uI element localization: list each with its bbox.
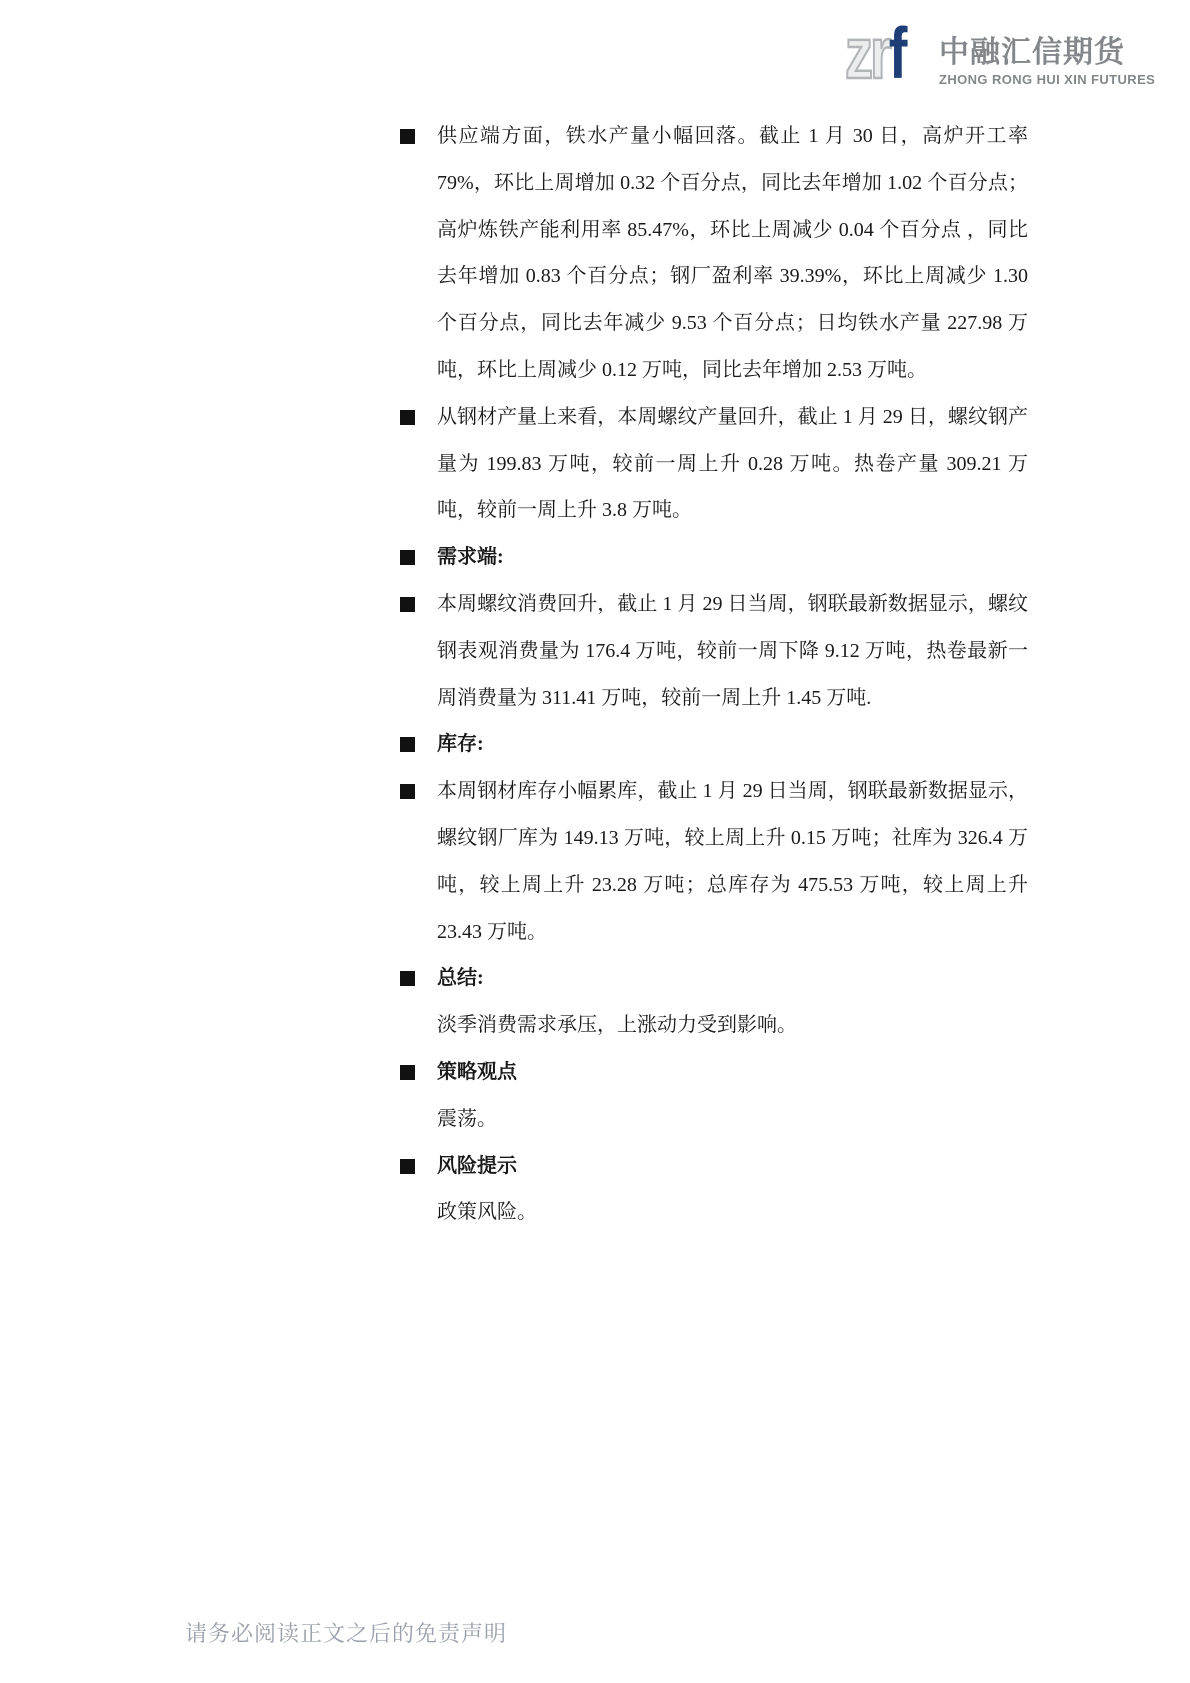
bullet-paragraph-item: 本周钢材库存小幅累库，截止 1 月 29 日当周，钢联最新数据显示，螺纹钢厂库为… (400, 768, 1030, 955)
section-heading-text: 库存: (437, 721, 1028, 768)
square-bullet-icon (400, 1159, 415, 1174)
paragraph-text: 淡季消费需求承压，上涨动力受到影响。 (437, 1002, 1028, 1049)
square-bullet-icon (400, 737, 415, 752)
section-heading-item: 风险提示 (400, 1143, 1030, 1190)
company-name-english: ZHONG RONG HUI XIN FUTURES (939, 73, 1155, 87)
paragraph-text: 震荡。 (437, 1096, 1028, 1143)
bullet-paragraph-item: 震荡。 (400, 1096, 1030, 1143)
logo-letters-zr: zr (845, 14, 889, 94)
section-heading-text: 需求端: (437, 534, 1028, 581)
section-heading-text: 总结: (437, 955, 1028, 1002)
zrf-logo-mark: zrf (845, 18, 904, 90)
company-names: 中融汇信期货 ZHONG RONG HUI XIN FUTURES (939, 36, 1155, 87)
paragraph-text: 政策风险。 (437, 1189, 1028, 1236)
bullet-paragraph-item: 从钢材产量上来看，本周螺纹产量回升，截止 1 月 29 日，螺纹钢产量为 199… (400, 394, 1030, 534)
paragraph-text: 从钢材产量上来看，本周螺纹产量回升，截止 1 月 29 日，螺纹钢产量为 199… (437, 394, 1028, 534)
section-heading-item: 总结: (400, 955, 1030, 1002)
section-heading-text: 策略观点 (437, 1049, 1028, 1096)
square-bullet-icon (400, 550, 415, 565)
company-logo: zrf 中融汇信期货 ZHONG RONG HUI XIN FUTURES (845, 24, 1125, 92)
section-heading-item: 策略观点 (400, 1049, 1030, 1096)
company-name-chinese: 中融汇信期货 (939, 36, 1155, 70)
report-page: zrf 中融汇信期货 ZHONG RONG HUI XIN FUTURES 供应… (0, 0, 1190, 1683)
section-heading-item: 库存: (400, 721, 1030, 768)
square-bullet-icon (400, 597, 415, 612)
bullet-paragraph-item: 政策风险。 (400, 1189, 1030, 1236)
paragraph-text: 本周螺纹消费回升，截止 1 月 29 日当周，钢联最新数据显示，螺纹钢表观消费量… (437, 581, 1028, 721)
paragraph-text: 供应端方面，铁水产量小幅回落。截止 1 月 30 日，高炉开工率 79%，环比上… (437, 113, 1028, 394)
square-bullet-icon (400, 129, 415, 144)
paragraph-text: 本周钢材库存小幅累库，截止 1 月 29 日当周，钢联最新数据显示，螺纹钢厂库为… (437, 768, 1028, 955)
square-bullet-icon (400, 971, 415, 986)
bullet-list: 供应端方面，铁水产量小幅回落。截止 1 月 30 日，高炉开工率 79%，环比上… (400, 113, 1030, 1236)
footer-disclaimer: 请务必阅读正文之后的免责声明 (185, 1620, 507, 1648)
square-bullet-icon (400, 410, 415, 425)
square-bullet-icon (400, 1065, 415, 1080)
square-bullet-icon (400, 784, 415, 799)
bullet-paragraph-item: 淡季消费需求承压，上涨动力受到影响。 (400, 1002, 1030, 1049)
bullet-paragraph-item: 供应端方面，铁水产量小幅回落。截止 1 月 30 日，高炉开工率 79%，环比上… (400, 113, 1030, 394)
section-heading-text: 风险提示 (437, 1143, 1028, 1190)
report-body: 供应端方面，铁水产量小幅回落。截止 1 月 30 日，高炉开工率 79%，环比上… (400, 113, 1030, 1236)
logo-letter-f: f (889, 14, 905, 94)
bullet-paragraph-item: 本周螺纹消费回升，截止 1 月 29 日当周，钢联最新数据显示，螺纹钢表观消费量… (400, 581, 1030, 721)
section-heading-item: 需求端: (400, 534, 1030, 581)
